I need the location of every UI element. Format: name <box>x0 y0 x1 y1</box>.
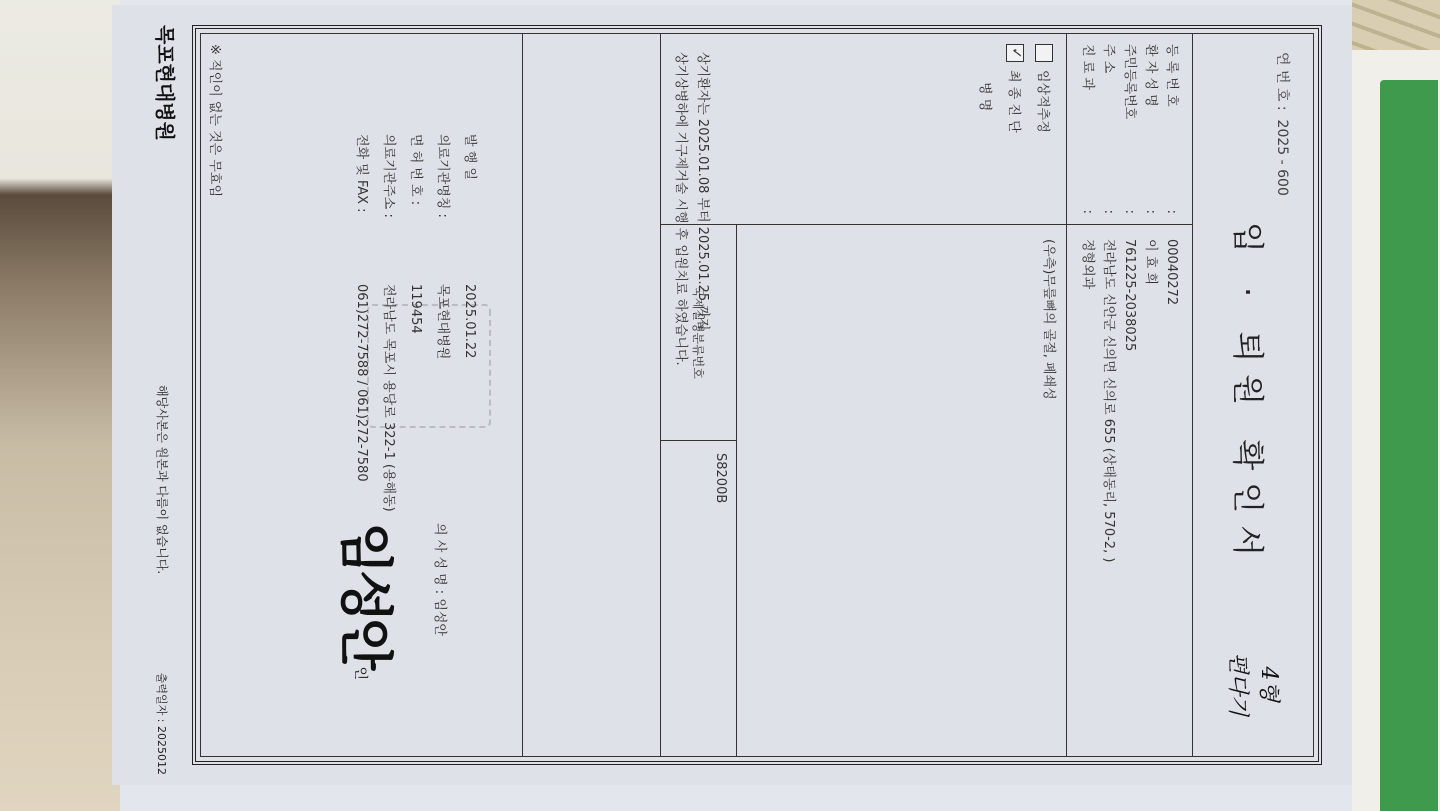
field-label: 진 료 과 <box>1077 44 1098 90</box>
patient-info-table: 등 록 번 호: 환 자 성 명: 주민등록번호: 주 소: 진 료 과: 00… <box>660 34 1193 756</box>
patient-name: 이 효 희 <box>1140 239 1161 742</box>
doctor-label: 의 사 성 명 : <box>432 523 447 594</box>
statement-line: 상기상병하에 기구제거술 시행 후 입원치료 하였습니다. <box>669 52 691 738</box>
serial-number: 연 번 호 : 2025 - 600 <box>1273 52 1293 196</box>
handwritten-note-line: 4형 <box>1252 652 1283 716</box>
institution-address: 전라남도 목포시 용당로 322-1 (용해동) <box>375 284 402 512</box>
green-folder <box>1380 80 1438 811</box>
print-date: 출력일자 : 2025012 <box>154 673 170 775</box>
background-cloth <box>0 0 130 811</box>
field-label: 전화 및 FAX : <box>348 134 375 284</box>
doctor-name-line: 의 사 성 명 : 임성안 <box>432 523 451 636</box>
disease-name-label: 병 명 <box>977 82 996 214</box>
field-label: 면 허 번 호 : <box>402 134 429 284</box>
handwritten-note: 4형 편다기 <box>1221 652 1283 716</box>
document-footer: 목포현대병원 해당사본은 원본과 다름이 없습니다. 출력일자 : 202501… <box>112 5 192 785</box>
phone-fax: 061)272-7588 / 061)272-7580 <box>348 284 375 482</box>
license-number: 119454 <box>402 284 429 334</box>
serial-label: 연 번 호 : <box>1274 52 1290 111</box>
option-label: 최 종 진 단 <box>1006 70 1025 133</box>
field-label: 주 소 <box>1098 44 1119 73</box>
field-label: 의료기관명칭 : <box>429 134 456 284</box>
statement-line: 상기환자는 2025.01.08 부터 2025.01.25 까지 <box>691 52 713 738</box>
doctor-name: 임성안 <box>432 598 447 636</box>
handwritten-note-line: 편다기 <box>1221 652 1252 716</box>
registration-number: 00040272 <box>1161 239 1182 742</box>
field-label: 환 자 성 명 <box>1140 44 1161 107</box>
disease-name: (우측)무릎뼈의 골절, 폐쇄성 <box>737 225 1066 756</box>
document-frame: 연 번 호 : 2025 - 600 입 · 퇴원 확인서 4형 편다기 등 록… <box>192 25 1322 765</box>
department: 정형외과 <box>1077 239 1098 742</box>
checkbox-final-diagnosis: ✓ <box>1007 44 1025 62</box>
field-label: 주민등록번호 <box>1119 44 1140 119</box>
document-title: 입 · 퇴원 확인서 <box>1227 34 1273 756</box>
institution-name: 목포현대병원 <box>429 284 456 359</box>
field-label: 의료기관주소 : <box>375 134 402 284</box>
issue-date: 2025.01.22 <box>456 284 483 358</box>
address: 전라남도 신안군 신의면 신의로 655 (상태동리, 570-2, ) <box>1098 239 1119 742</box>
checkbox-clinical-estimate <box>1036 44 1054 62</box>
doctor-signature: 임성안인 <box>331 522 408 676</box>
hospital-name: 목포현대병원 <box>152 25 181 141</box>
field-label: 등 록 번 호 <box>1161 44 1182 107</box>
validity-notice: ※ 직인이 없는 것은 무효임 <box>207 44 226 197</box>
field-label: 발 행 일 <box>456 134 483 284</box>
admission-discharge-certificate: 연 번 호 : 2025 - 600 입 · 퇴원 확인서 4형 편다기 등 록… <box>112 5 1352 785</box>
serial-value: 2025 - 600 <box>1274 120 1290 196</box>
option-label: 임상적추정 <box>1035 70 1054 133</box>
signature-text: 임성안 <box>334 522 398 667</box>
seal-mark: 인 <box>352 666 368 676</box>
copy-note: 해당사본은 원본과 다름이 없습니다. <box>154 385 171 574</box>
statement: 상기환자는 2025.01.08 부터 2025.01.25 까지 상기상병하에… <box>522 34 723 756</box>
resident-number: 761225-2038025 <box>1119 239 1140 742</box>
